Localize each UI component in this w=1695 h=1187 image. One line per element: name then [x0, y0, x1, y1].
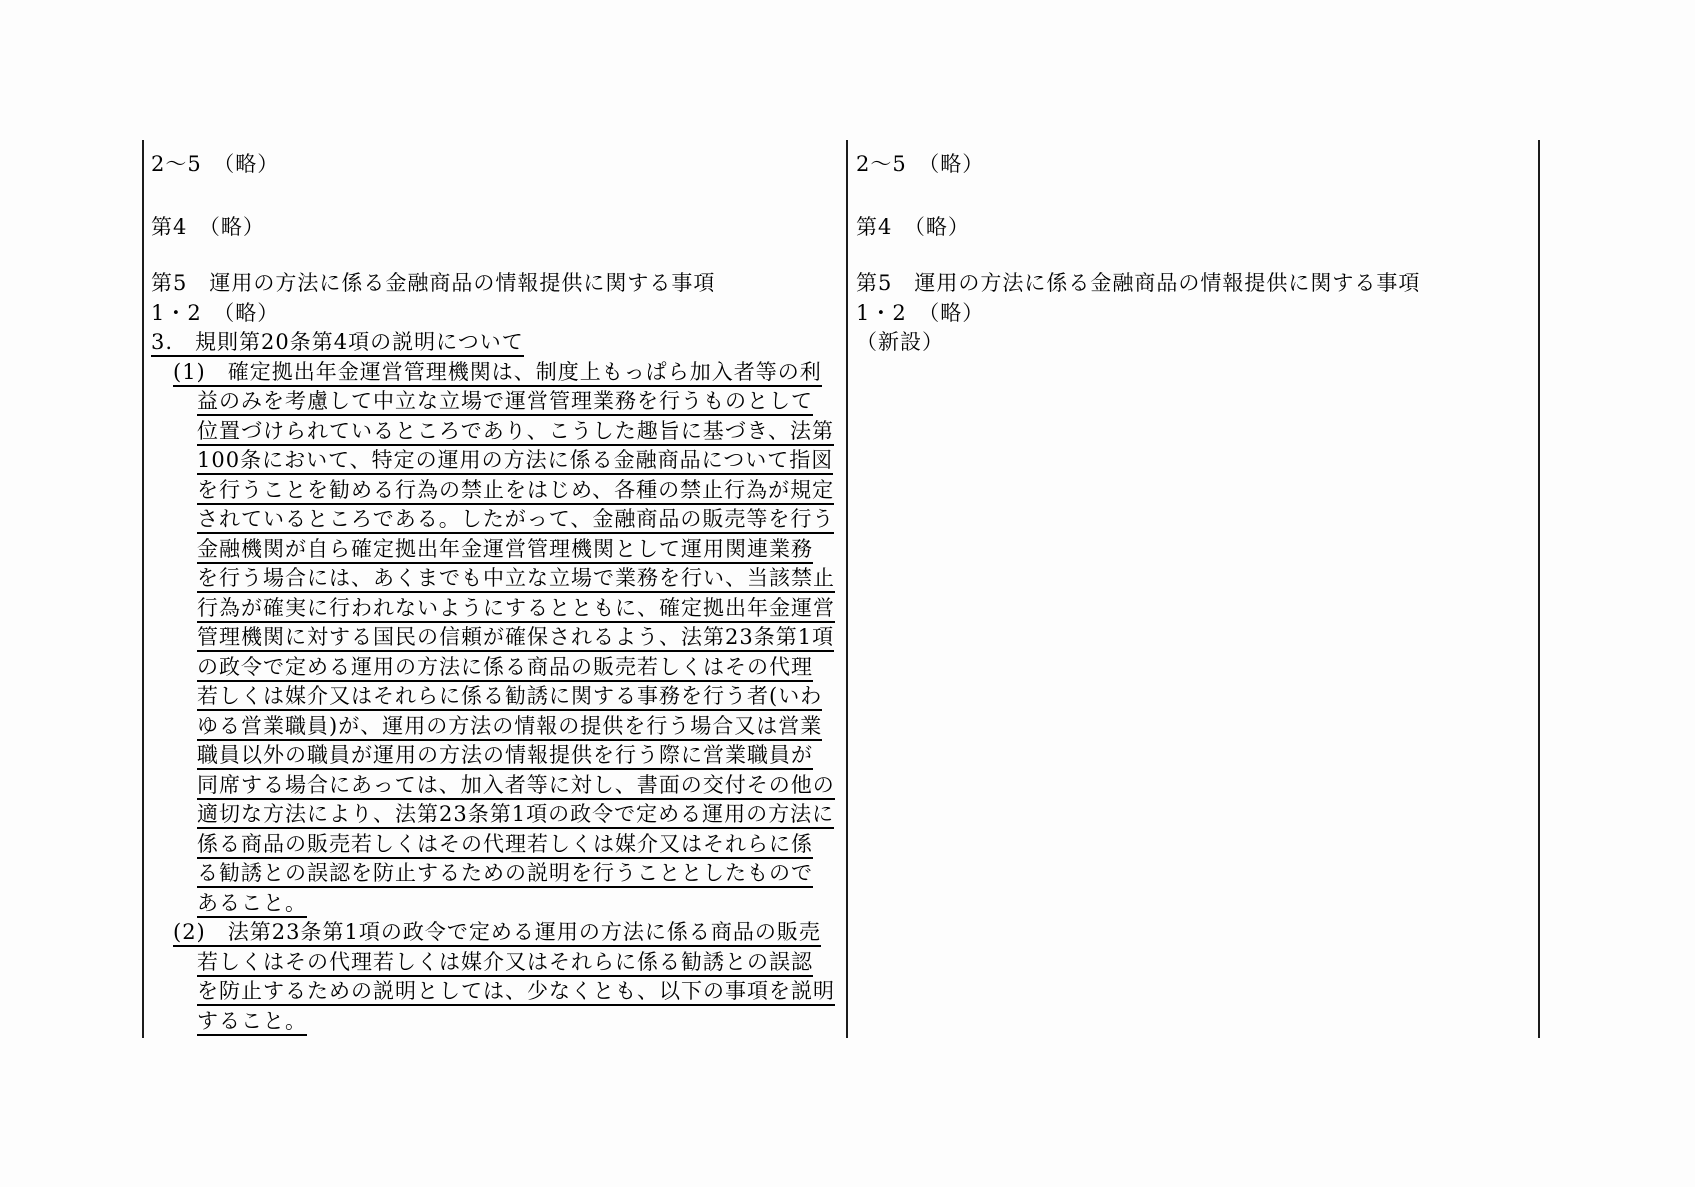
left-para1-line: 係る商品の販売若しくはその代理若しくは媒介又はそれらに係 — [151, 830, 843, 860]
left-para1-line: 適切な方法により、法第23条第1項の政令で定める運用の方法に — [151, 800, 843, 830]
left-para2-line: (2) 法第23条第1項の政令で定める運用の方法に係る商品の販売 — [151, 918, 843, 948]
left-para2-line: を防止するための説明としては、少なくとも、以下の事項を説明 — [151, 977, 843, 1007]
right-line-1-2: 1・2 （略） — [856, 299, 1536, 329]
left-para1-line: 管理機関に対する国民の信頼が確保されるよう、法第23条第1項 — [151, 623, 843, 653]
left-line-2-5: 2〜5 （略） — [151, 150, 843, 180]
left-para1-line: されているところである。したがって、金融商品の販売等を行う — [151, 505, 843, 535]
left-para1-line: 同席する場合にあっては、加入者等に対し、書面の交付その他の — [151, 771, 843, 801]
left-para1-line: ゆる営業職員)が、運用の方法の情報の提供を行う場合又は営業 — [151, 712, 843, 742]
left-para1-line: 益のみを考慮して中立な立場で運営管理業務を行うものとして — [151, 387, 843, 417]
left-para1-line: 職員以外の職員が運用の方法の情報提供を行う際に営業職員が — [151, 741, 843, 771]
left-para1-line: 行為が確実に行われないようにするとともに、確定拠出年金運営 — [151, 594, 843, 624]
right-line-2-5: 2〜5 （略） — [856, 150, 1536, 180]
left-para1-line: 金融機関が自ら確定拠出年金運営管理機関として運用関連業務 — [151, 535, 843, 565]
right-line-dai4: 第4 （略） — [856, 213, 1536, 243]
article3-heading-text: 3. 規則第20条第4項の説明について — [151, 330, 524, 357]
table-rule-left — [142, 140, 144, 1038]
left-para1-line: を行う場合には、あくまでも中立な立場で業務を行い、当該禁止 — [151, 564, 843, 594]
right-line-dai5-heading: 第5 運用の方法に係る金融商品の情報提供に関する事項 — [856, 269, 1536, 299]
table-rule-right — [1538, 140, 1540, 1038]
left-column-revised-text: 2〜5 （略） 第4 （略） 第5 運用の方法に係る金融商品の情報提供に関する事… — [151, 140, 843, 1036]
right-column-current-text: 2〜5 （略） 第4 （略） 第5 運用の方法に係る金融商品の情報提供に関する事… — [856, 140, 1536, 358]
right-line-shinsetsu: （新設） — [856, 328, 1536, 358]
left-para1-line: の政令で定める運用の方法に係る商品の販売若しくはその代理 — [151, 653, 843, 683]
left-para1-line: る勧誘との誤認を防止するための説明を行うこととしたもので — [151, 859, 843, 889]
left-line-dai5-heading: 第5 運用の方法に係る金融商品の情報提供に関する事項 — [151, 269, 843, 299]
left-para1-line: 位置づけられているところであり、こうした趣旨に基づき、法第 — [151, 417, 843, 447]
left-article3-heading: 3. 規則第20条第4項の説明について — [151, 328, 843, 358]
left-para1-line: (1) 確定拠出年金運営管理機関は、制度上もっぱら加入者等の利 — [151, 358, 843, 388]
table-rule-middle — [846, 140, 848, 1038]
left-para1-line: あること。 — [151, 889, 843, 919]
left-line-dai4: 第4 （略） — [151, 213, 843, 243]
left-para1-line: を行うことを勧める行為の禁止をはじめ、各種の禁止行為が規定 — [151, 476, 843, 506]
left-para2-line: 若しくはその代理若しくは媒介又はそれらに係る勧誘との誤認 — [151, 948, 843, 978]
left-para2-line: すること。 — [151, 1007, 843, 1037]
left-para1-line: 若しくは媒介又はそれらに係る勧誘に関する事務を行う者(いわ — [151, 682, 843, 712]
left-line-1-2: 1・2 （略） — [151, 299, 843, 329]
left-para1-line: 100条において、特定の運用の方法に係る金融商品について指図 — [151, 446, 843, 476]
